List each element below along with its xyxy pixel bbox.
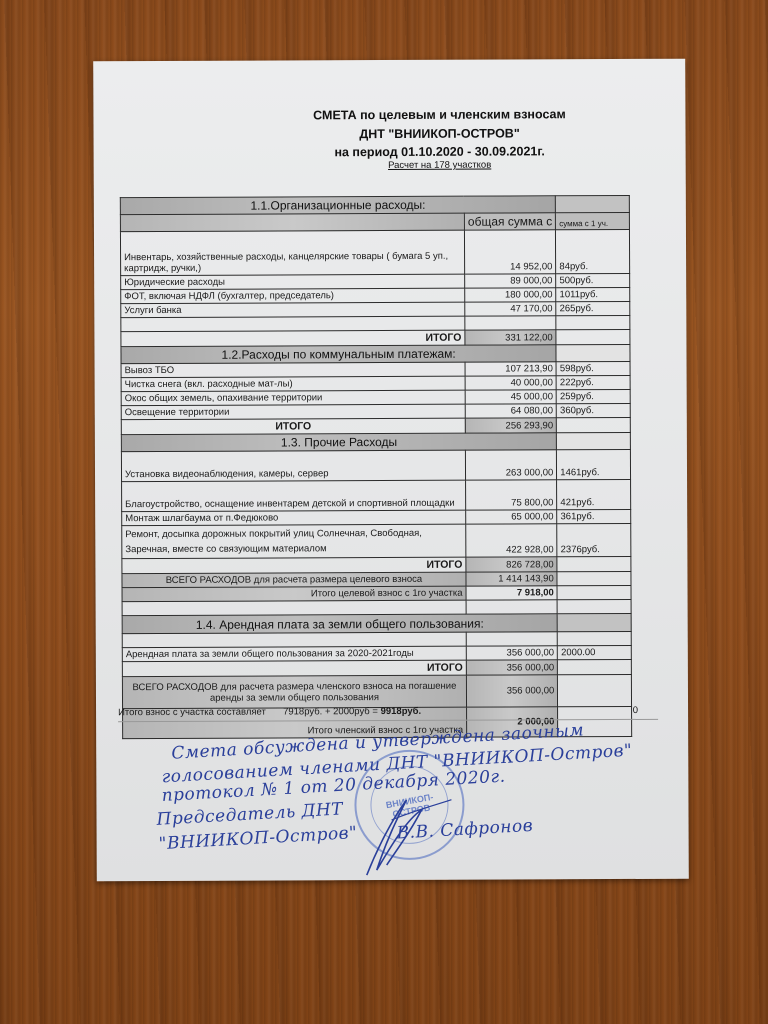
section-header: 1.3. Прочие Расходы <box>121 432 630 451</box>
table-row: Установка видеонаблюдения, камеры, серве… <box>121 449 630 481</box>
section-title: 1.4. Арендная плата за земли общего поль… <box>122 614 557 634</box>
budget-table: 1.1.Организационные расходы: общая сумма… <box>120 195 632 739</box>
section-title: 1.2.Расходы по коммунальным платежам: <box>121 345 556 364</box>
grand-total-row: ВСЕГО РАСХОДОВ для расчета размера членс… <box>122 674 631 708</box>
document-page: СМЕТА по целевым и членским взносам ДНТ … <box>93 59 689 882</box>
calculation-basis: Расчет на 178 участков <box>144 158 736 172</box>
column-headers: общая сумма с сумма с 1 уч. <box>120 212 629 231</box>
section-header: 1.2.Расходы по коммунальным платежам: <box>121 344 630 363</box>
organization-name: ДНТ "ВНИИКОП-ОСТРОВ" <box>144 125 736 142</box>
column-header-per-plot: сумма с 1 уч. <box>556 212 630 229</box>
signature-icon <box>336 790 456 881</box>
summary-calculation: 7918руб. + 2000руб = 9918руб. <box>283 705 603 717</box>
section-header: 1.4. Арендная плата за земли общего поль… <box>122 613 631 633</box>
total-fee-summary: Итого взнос с участка составляет 7918руб… <box>118 705 638 718</box>
column-header-total: общая сумма с <box>464 213 555 230</box>
summary-result: 9918руб. <box>381 706 422 717</box>
section-title: 1.1.Организационные расходы: <box>120 196 555 215</box>
section-header: 1.1.Организационные расходы: <box>120 195 629 214</box>
period: на период 01.10.2020 - 30.09.2021г. <box>144 143 736 160</box>
table-row: Благоустройство, оснащение инвентарем де… <box>122 479 631 511</box>
table-row: Ремонт, досыпка дорожных покрытий улиц С… <box>122 523 631 558</box>
table-row: Инвентарь, хозяйственные расходы, канцел… <box>120 229 629 275</box>
section-title: 1.3. Прочие Расходы <box>121 433 556 452</box>
document-title: СМЕТА по целевым и членским взносам <box>143 106 735 123</box>
summary-label: Итого взнос с участка составляет <box>118 706 283 718</box>
